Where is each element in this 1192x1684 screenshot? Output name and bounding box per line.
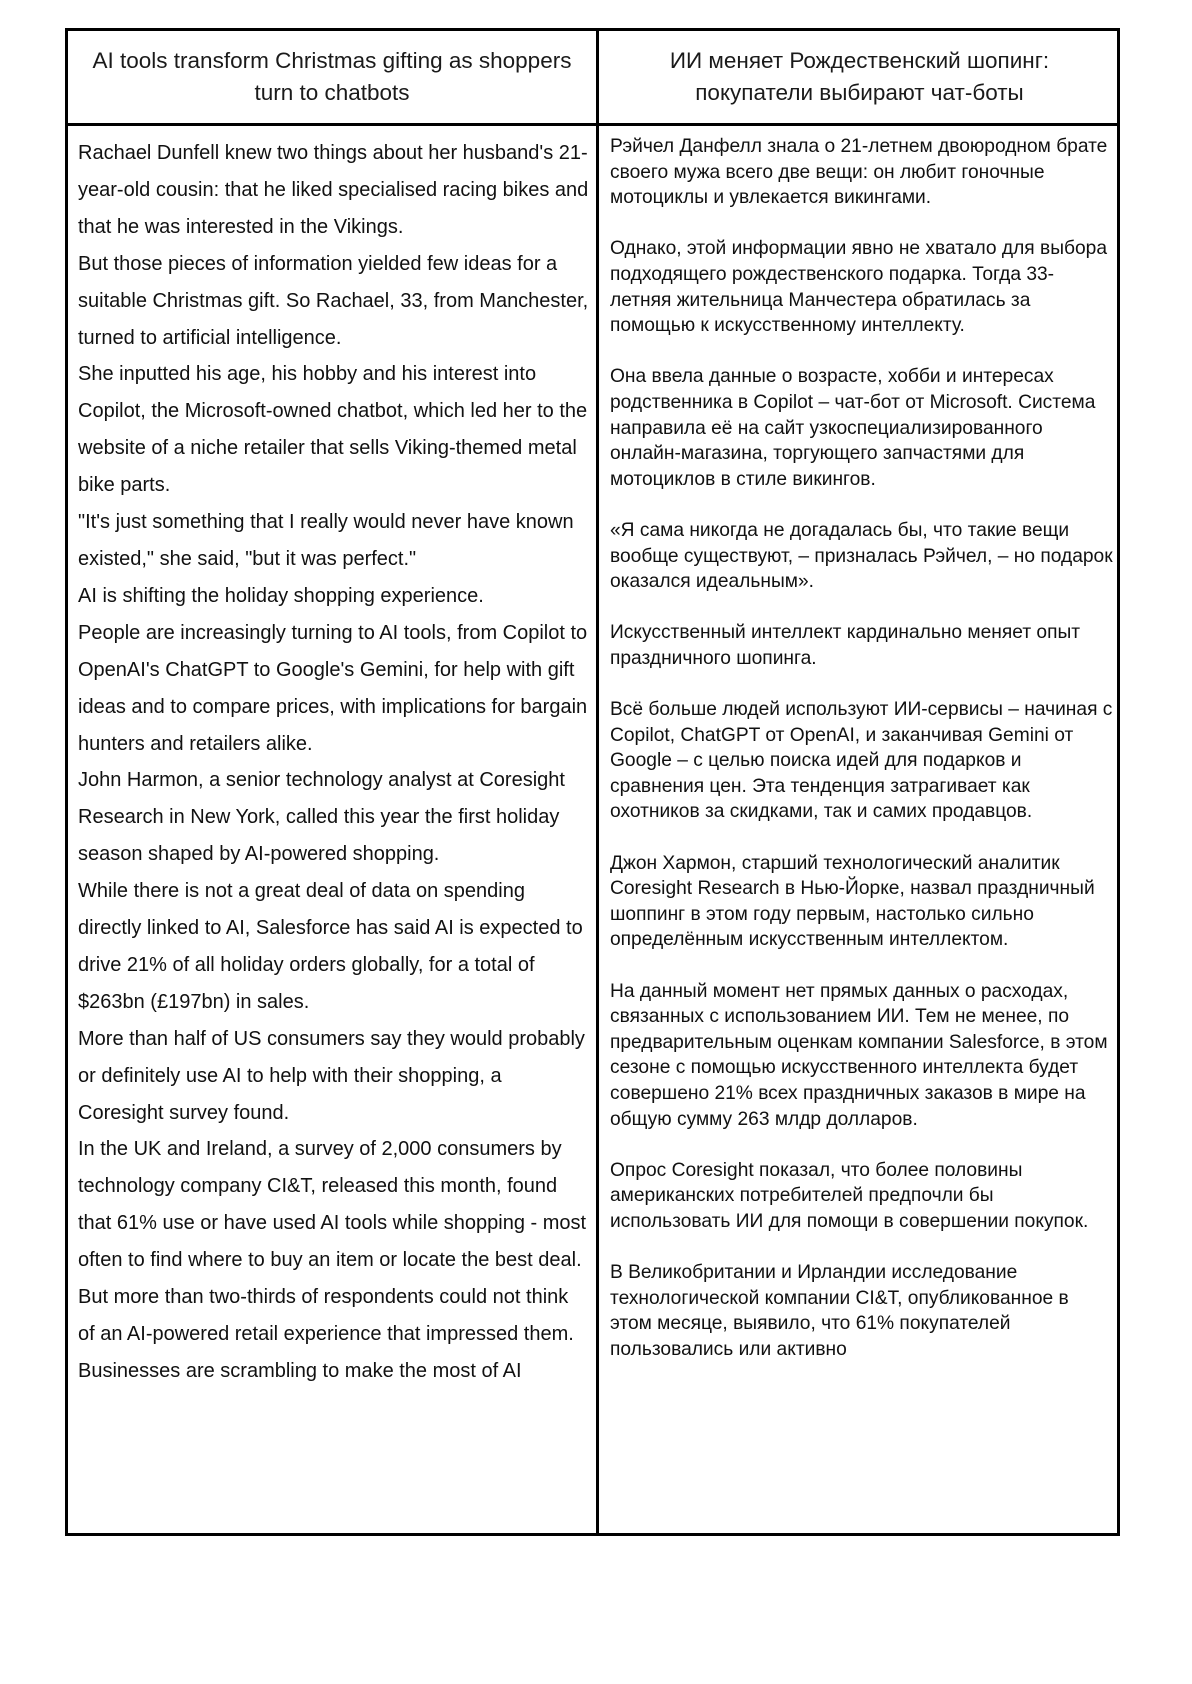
english-title: AI tools transform Christmas gifting as … bbox=[68, 31, 596, 123]
english-paragraph: While there is not a great deal of data … bbox=[78, 873, 590, 1021]
russian-paragraph: Всё больше людей используют ИИ-сервисы –… bbox=[610, 697, 1114, 825]
russian-text-cell: Рэйчел Данфелл знала о 21-летнем двоюрод… bbox=[599, 126, 1120, 1533]
russian-paragraph: Рэйчел Данфелл знала о 21-летнем двоюрод… bbox=[610, 134, 1114, 211]
russian-paragraph: Опрос Coresight показал, что более полов… bbox=[610, 1158, 1114, 1235]
russian-paragraph: На данный момент нет прямых данных о рас… bbox=[610, 979, 1114, 1133]
english-paragraph: John Harmon, a senior technology analyst… bbox=[78, 762, 590, 873]
russian-title: ИИ меняет Рождественский шопинг: покупат… bbox=[599, 31, 1120, 123]
russian-paragraph: Джон Хармон, старший технологический ана… bbox=[610, 851, 1114, 953]
english-paragraph: In the UK and Ireland, a survey of 2,000… bbox=[78, 1131, 590, 1279]
russian-paragraph: В Великобритании и Ирландии исследование… bbox=[610, 1260, 1114, 1362]
english-paragraph: But more than two-thirds of respondents … bbox=[78, 1279, 590, 1353]
russian-paragraph: Она ввела данные о возрасте, хобби и инт… bbox=[610, 364, 1114, 492]
table-header-row: AI tools transform Christmas gifting as … bbox=[68, 31, 1117, 126]
english-paragraph: But those pieces of information yielded … bbox=[78, 246, 590, 357]
russian-paragraph: Однако, этой информации явно не хватало … bbox=[610, 236, 1114, 338]
bilingual-translation-table: AI tools transform Christmas gifting as … bbox=[65, 28, 1120, 1536]
english-paragraph: "It's just something that I really would… bbox=[78, 504, 590, 578]
english-paragraph: More than half of US consumers say they … bbox=[78, 1021, 590, 1132]
english-paragraph: Rachael Dunfell knew two things about he… bbox=[78, 135, 590, 246]
english-paragraph: She inputted his age, his hobby and his … bbox=[78, 356, 590, 504]
english-text-cell: Rachael Dunfell knew two things about he… bbox=[68, 126, 596, 1533]
english-paragraph: People are increasingly turning to AI to… bbox=[78, 615, 590, 763]
english-paragraph: AI is shifting the holiday shopping expe… bbox=[78, 578, 590, 615]
russian-paragraph: Искусственный интеллект кардинально меня… bbox=[610, 620, 1114, 671]
russian-paragraph: «Я сама никогда не догадалась бы, что та… bbox=[610, 518, 1114, 595]
english-paragraph: Businesses are scrambling to make the mo… bbox=[78, 1353, 590, 1390]
